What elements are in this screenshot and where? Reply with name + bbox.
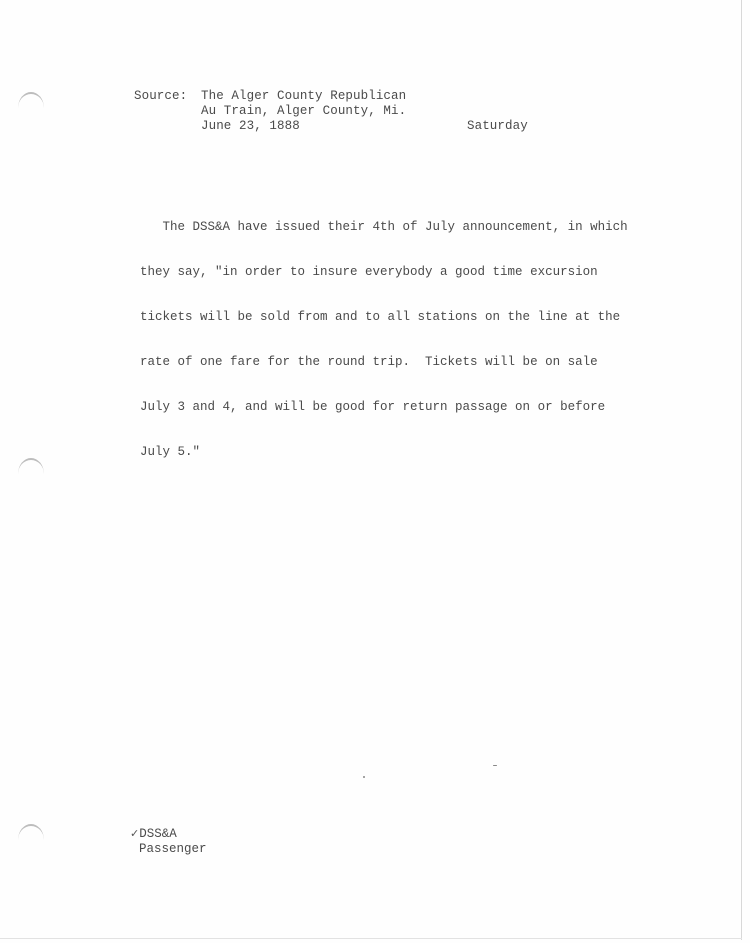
source-date: June 23, 1888 (201, 119, 300, 134)
document-page: Source: The Alger County Republican Au T… (0, 0, 750, 943)
classification-tag: ✓DSS&A Passenger (130, 826, 207, 857)
body-line: The DSS&A have issued their 4th of July … (140, 220, 610, 235)
body-line: July 5." (140, 445, 610, 460)
body-line: they say, "in order to insure everybody … (140, 265, 610, 280)
body-line: tickets will be sold from and to all sta… (140, 310, 610, 325)
body-line: July 3 and 4, and will be good for retur… (140, 400, 610, 415)
speck (363, 776, 365, 778)
page-edge-right (741, 0, 742, 940)
binder-hole-mark-middle (18, 458, 44, 474)
body-line: rate of one fare for the round trip. Tic… (140, 355, 610, 370)
page-edge-bottom (0, 938, 742, 939)
article-body: The DSS&A have issued their 4th of July … (140, 190, 610, 490)
binder-hole-mark-top (18, 92, 44, 108)
source-publication: The Alger County Republican (201, 89, 406, 104)
source-label: Source: (134, 89, 187, 104)
source-day: Saturday (467, 119, 528, 134)
tag-category: Passenger (130, 842, 207, 857)
check-mark-icon: ✓ (130, 827, 139, 840)
speck (493, 765, 497, 766)
source-location: Au Train, Alger County, Mi. (201, 104, 406, 119)
tag-railroad: DSS&A (139, 827, 177, 841)
binder-hole-mark-bottom (18, 824, 44, 840)
